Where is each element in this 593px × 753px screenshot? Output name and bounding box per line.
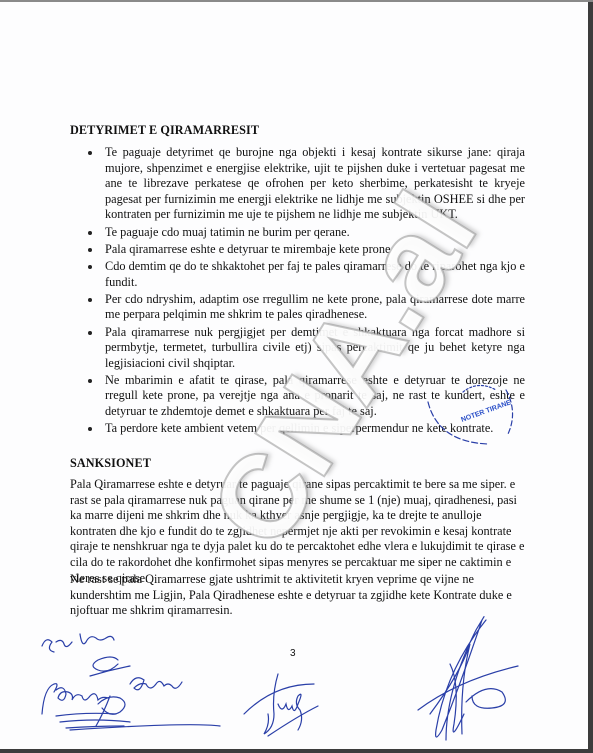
page-number: 3 <box>290 648 296 659</box>
bullet-icon <box>88 231 92 235</box>
list-item: Ne mbarimin e afatit te qirase, pala qir… <box>88 373 525 420</box>
bullet-icon <box>88 427 92 431</box>
bullet-icon <box>88 265 92 269</box>
bullet-icon <box>88 331 92 335</box>
list-item: Te paguaje cdo muaj tatimin ne burim per… <box>88 225 525 241</box>
list-item: Pala qiramarrese eshte e detyruar te mir… <box>88 242 525 258</box>
list-item: Cdo demtim qe do te shkaktohet per faj t… <box>88 259 525 290</box>
sanctions-paragraph-2: Ne rast se pala Qiramarrese gjate ushtri… <box>70 572 528 619</box>
list-item: Per cdo ndryshim, adaptim ose rregullim … <box>88 292 525 323</box>
bullet-icon <box>88 298 92 302</box>
sanctions-paragraph-1: Pala Qiramarrese eshte e detyruar te pag… <box>70 477 528 586</box>
section-title-obligations: DETYRIMET E QIRAMARRESIT <box>70 123 259 138</box>
obligations-list: Te paguaje detyrimet qe burojne nga obje… <box>88 145 525 438</box>
bullet-icon <box>88 248 92 252</box>
bullet-icon <box>88 379 92 383</box>
list-item: Ta perdore kete ambient vetem per qellim… <box>88 421 525 437</box>
signature-right-icon <box>410 614 530 749</box>
list-item: Te paguaje detyrimet qe burojne nga obje… <box>88 145 525 223</box>
signature-center-icon <box>238 664 338 744</box>
section-title-sanctions: SANKSIONET <box>70 456 151 471</box>
bullet-icon <box>88 151 92 155</box>
document-page: DETYRIMET E QIRAMARRESIT Te paguaje dety… <box>0 2 588 749</box>
signature-left-icon <box>30 624 230 734</box>
list-item: Pala qiramarrese nuk pergjigjet per demt… <box>88 325 525 372</box>
